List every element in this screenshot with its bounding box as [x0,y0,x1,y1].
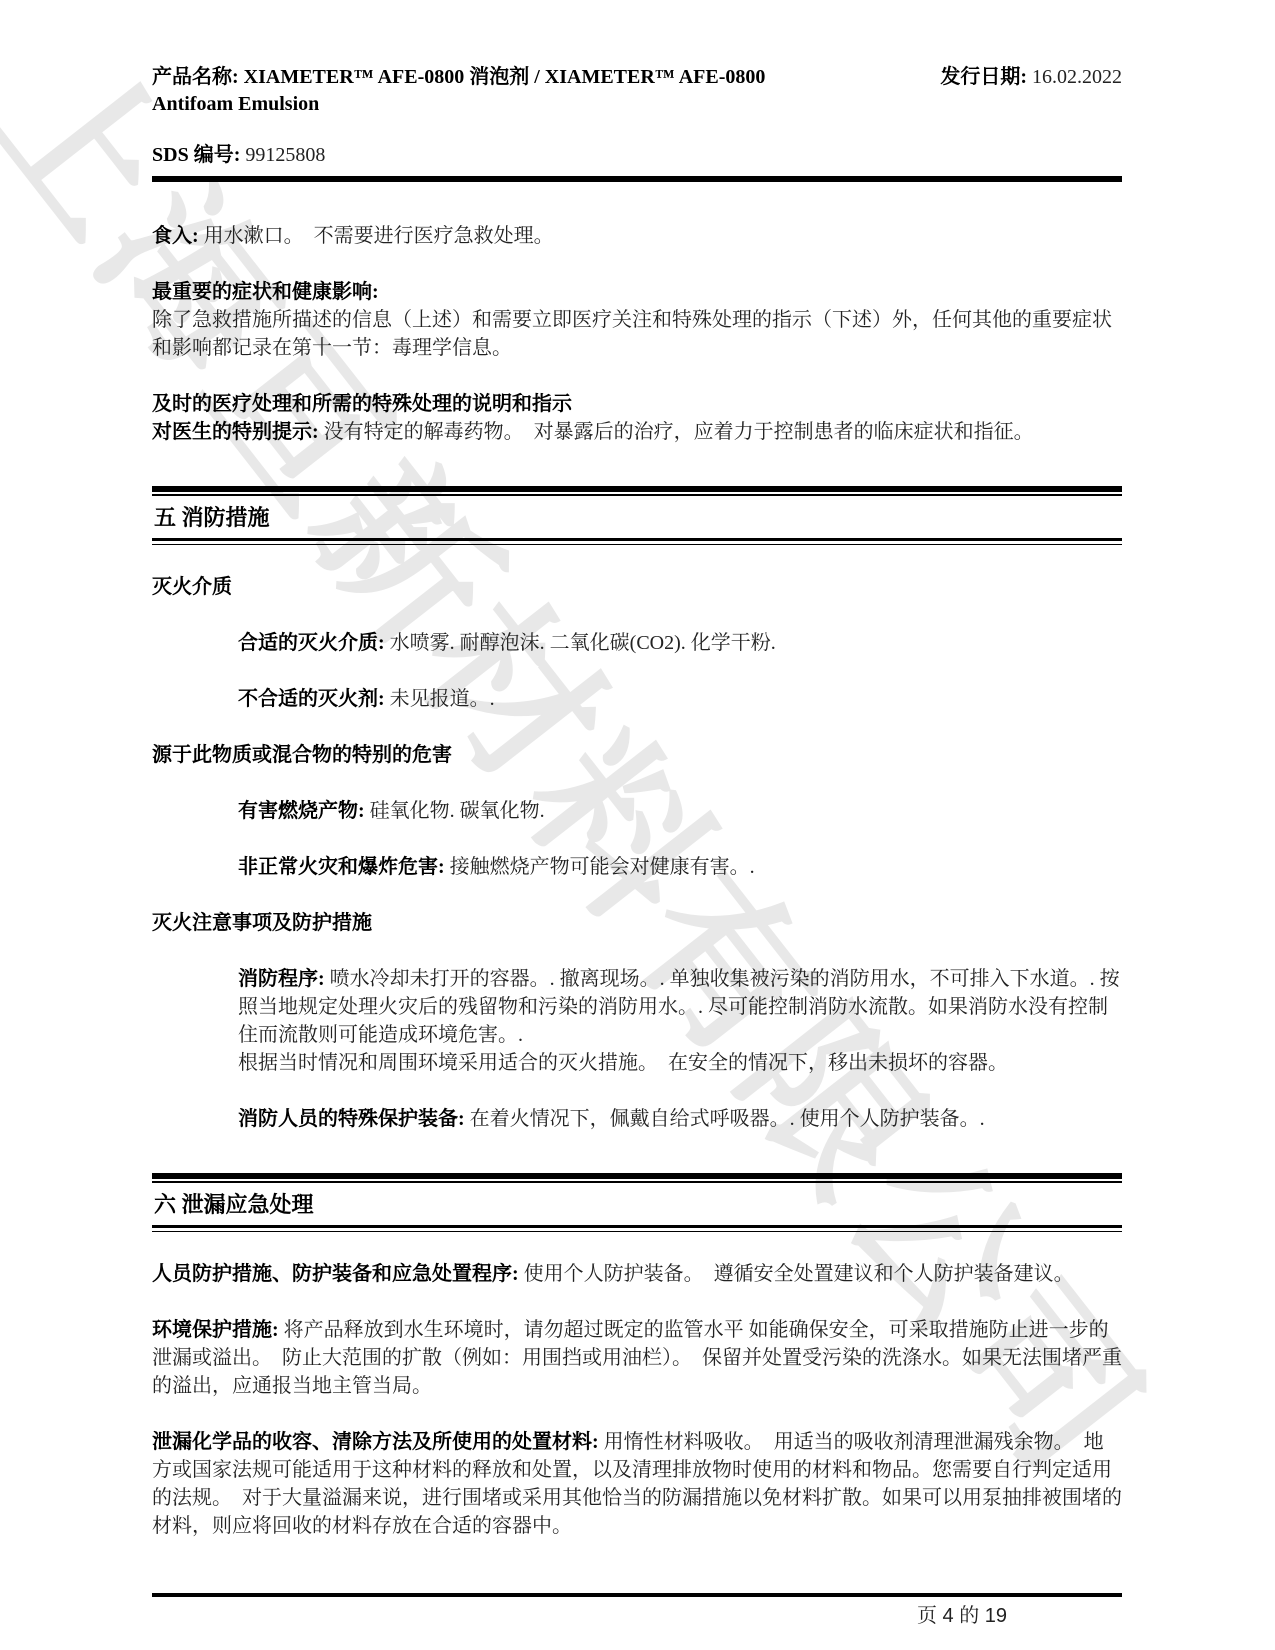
extinguishing-media-heading: 灭火介质 [152,573,1122,601]
section-5: 五 消防措施 灭火介质 合适的灭火介质: 水喷雾. 耐醇泡沫. 二氧化碳(CO2… [152,486,1122,1133]
symptoms-text: 除了急救措施所描述的信息（上述）和需要立即医疗关注和特殊处理的指示（下述）外，任… [152,306,1122,362]
environmental-precautions-label: 环境保护措施: [152,1319,279,1341]
footer-rule [152,1593,1122,1597]
spacer [152,1133,1122,1173]
suitable-media-paragraph: 合适的灭火介质: 水喷雾. 耐醇泡沫. 二氧化碳(CO2). 化学干粉. [238,629,1122,657]
spacer [152,881,1122,909]
product-name-label: 产品名称: [152,66,239,88]
personal-precautions-text: 使用个人防护装备。 遵循安全处置建议和个人防护装备建议。 [524,1263,1074,1285]
spacer [152,713,1122,741]
spacer [152,1288,1122,1316]
page-number: 页 4 的 19 [152,1602,1122,1630]
section-5-title: 五 消防措施 [154,505,1122,531]
unusual-hazards-text: 接触燃烧产物可能会对健康有害。. [450,856,755,878]
spacer [152,250,1122,278]
section-6-title: 六 泄漏应急处理 [154,1192,1122,1218]
product-name-value-line2: Antifoam Emulsion [152,93,319,115]
medical-heading: 及时的医疗处理和所需的特殊处理的说明和指示 [152,390,1122,418]
section-6-top-rule [152,1173,1122,1179]
spacer [152,545,1122,573]
symptoms-heading: 最重要的症状和健康影响: [152,278,1122,306]
ingestion-label: 食入: [152,225,199,247]
fire-precautions-heading: 灭火注意事项及防护措施 [152,909,1122,937]
suitable-media-label: 合适的灭火介质: [238,632,385,654]
section-5-top-rule [152,486,1122,492]
combustion-products-text: 硅氧化物. 碳氧化物. [370,800,545,822]
combustion-products-label: 有害燃烧产物: [238,800,365,822]
sds-page: 上海亘新材料有限公司 产品名称: XIAMETER™ AFE-0800 消泡剂 … [0,0,1275,1650]
spacer [152,1400,1122,1428]
environmental-precautions-text: 将产品释放到水生环境时，请勿超过既定的监管水平 如能确保安全，可采取措施防止进一… [152,1319,1122,1397]
spacer [152,937,1122,965]
spacer [152,1232,1122,1260]
spacer [152,182,1122,222]
spacer [152,362,1122,390]
combustion-products-paragraph: 有害燃烧产物: 硅氧化物. 碳氧化物. [238,797,1122,825]
unsuitable-media-paragraph: 不合适的灭火剂: 未见报道。. [238,685,1122,713]
issue-date: 发行日期: 16.02.2022 [940,64,1122,91]
spacer [152,769,1122,797]
containment-cleanup-paragraph: 泄漏化学品的收容、清除方法及所使用的处置材料: 用惰性材料吸收。 用适当的吸收剂… [152,1428,1122,1540]
issue-date-label: 发行日期: [940,66,1027,88]
ingestion-text: 用水漱口。 不需要进行医疗急救处理。 [204,225,554,247]
firefighter-equipment-paragraph: 消防人员的特殊保护装备: 在着火情况下，佩戴自给式呼吸器。. 使用个人防护装备。… [238,1105,1122,1133]
document-header: 产品名称: XIAMETER™ AFE-0800 消泡剂 / XIAMETER™… [152,64,1122,118]
section-5-bottom-rule [152,538,1122,541]
sds-number: SDS 编号: 99125808 [152,142,1122,169]
section-6-bottom-rule [152,1225,1122,1228]
section-6-top-rule-thin [152,1181,1122,1183]
spacer [152,446,1122,486]
section-5-top-rule-thin [152,494,1122,496]
fire-procedures-text: 喷水冷却未打开的容器。. 撤离现场。. 单独收集被污染的消防用水，不可排入下水道… [238,968,1120,1046]
doctor-label: 对医生的特别提示: [152,421,319,443]
spacer [152,601,1122,629]
page-footer: 页 4 的 19 [152,1593,1122,1630]
doctor-paragraph: 对医生的特别提示: 没有特定的解毒药物。 对暴露后的治疗，应着力于控制患者的临床… [152,418,1122,446]
special-hazards-heading: 源于此物质或混合物的特别的危害 [152,741,1122,769]
fire-procedures-paragraph-2: 根据当时情况和周围环境采用适合的灭火措施。 在安全的情况下，移出未损坏的容器。 [238,1049,1122,1077]
product-name: 产品名称: XIAMETER™ AFE-0800 消泡剂 / XIAMETER™… [152,64,765,118]
spacer [152,657,1122,685]
environmental-precautions-paragraph: 环境保护措施: 将产品释放到水生环境时，请勿超过既定的监管水平 如能确保安全，可… [152,1316,1122,1400]
firefighter-equipment-text: 在着火情况下，佩戴自给式呼吸器。. 使用个人防护装备。. [470,1108,985,1130]
sds-number-value: 99125808 [245,144,325,166]
containment-cleanup-label: 泄漏化学品的收容、清除方法及所使用的处置材料: [152,1431,599,1453]
section-6: 六 泄漏应急处理 人员防护措施、防护装备和应急处置程序: 使用个人防护装备。 遵… [152,1173,1122,1540]
unusual-hazards-paragraph: 非正常火灾和爆炸危害: 接触燃烧产物可能会对健康有害。. [238,853,1122,881]
firefighter-equipment-label: 消防人员的特殊保护装备: [238,1108,465,1130]
issue-date-value: 16.02.2022 [1032,66,1122,88]
personal-precautions-label: 人员防护措施、防护装备和应急处置程序: [152,1263,519,1285]
product-name-value-line1: XIAMETER™ AFE-0800 消泡剂 / XIAMETER™ AFE-0… [244,66,766,88]
spacer [152,825,1122,853]
fire-procedures-label: 消防程序: [238,968,325,990]
doctor-text: 没有特定的解毒药物。 对暴露后的治疗，应着力于控制患者的临床症状和指征。 [324,421,1034,443]
unsuitable-media-label: 不合适的灭火剂: [238,688,385,710]
ingestion-paragraph: 食入: 用水漱口。 不需要进行医疗急救处理。 [152,222,1122,250]
fire-procedures-block: 消防程序: 喷水冷却未打开的容器。. 撤离现场。. 单独收集被污染的消防用水，不… [238,965,1122,1077]
unsuitable-media-text: 未见报道。. [390,688,495,710]
suitable-media-text: 水喷雾. 耐醇泡沫. 二氧化碳(CO2). 化学干粉. [390,632,776,654]
fire-procedures-paragraph: 消防程序: 喷水冷却未打开的容器。. 撤离现场。. 单独收集被污染的消防用水，不… [238,965,1122,1049]
personal-precautions-paragraph: 人员防护措施、防护装备和应急处置程序: 使用个人防护装备。 遵循安全处置建议和个… [152,1260,1122,1288]
unusual-hazards-label: 非正常火灾和爆炸危害: [238,856,445,878]
spacer [152,1077,1122,1105]
sds-number-label: SDS 编号: [152,144,240,166]
page-content: 产品名称: XIAMETER™ AFE-0800 消泡剂 / XIAMETER™… [0,0,1275,1540]
